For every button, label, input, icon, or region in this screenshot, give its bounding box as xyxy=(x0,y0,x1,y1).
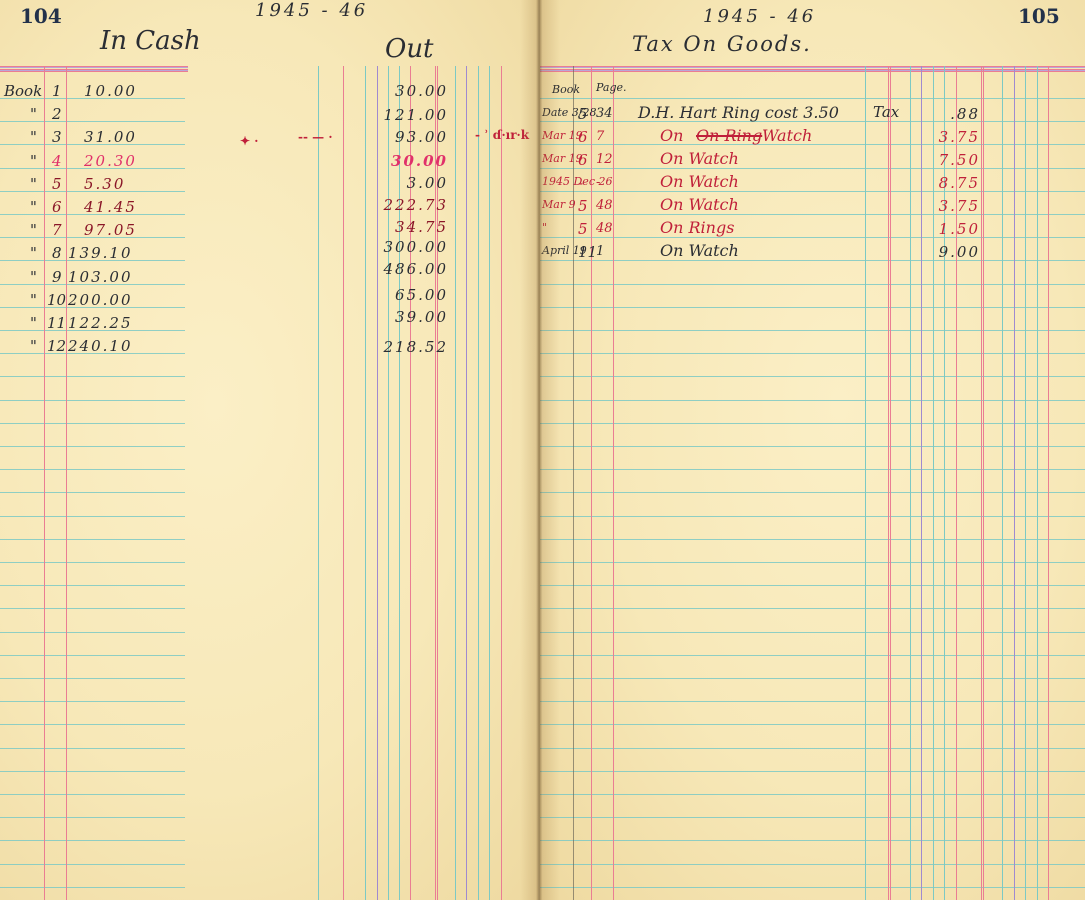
column-rule xyxy=(591,66,592,900)
book-number: 4 xyxy=(52,154,62,169)
out-amount: 93.00 xyxy=(395,130,448,145)
ruled-line xyxy=(540,585,1085,586)
column-rule xyxy=(455,66,456,900)
book-label: Book xyxy=(4,84,42,99)
book-label: " xyxy=(30,339,37,354)
entry-page: 12 xyxy=(596,153,613,166)
ruled-line xyxy=(540,260,1085,261)
ledger-page-104: 104 1945 - 46 In Cash Out Book 1 10.00 "… xyxy=(0,0,538,900)
ruled-line xyxy=(0,840,185,841)
column-rule xyxy=(1048,66,1049,900)
ruled-line xyxy=(540,887,1085,888)
ruled-line xyxy=(540,144,1085,145)
cash-amount: 20.30 xyxy=(84,154,137,169)
book-label: " xyxy=(30,154,37,169)
entry-book: - xyxy=(578,176,583,191)
column-rule xyxy=(613,66,614,900)
column-rule xyxy=(501,66,502,900)
cash-amount: 139.10 xyxy=(68,246,133,261)
ruled-line xyxy=(0,469,185,470)
book-number: 1 xyxy=(52,84,62,99)
ruled-line xyxy=(540,655,1085,656)
entry-book: 5 xyxy=(578,222,588,237)
entry-page: 48 xyxy=(596,222,613,235)
entry-description: D.H. Hart Ring cost 3.50 xyxy=(638,105,839,121)
column-rule xyxy=(466,66,467,900)
entry-description-tail: Watch xyxy=(762,128,812,144)
book-label: " xyxy=(30,177,37,192)
book-number: 6 xyxy=(52,200,62,215)
ruled-line xyxy=(0,446,185,447)
ruled-line xyxy=(540,98,1085,99)
entry-date: " xyxy=(542,222,547,233)
ruled-line xyxy=(540,400,1085,401)
book-label: " xyxy=(30,107,37,122)
entry-date: Date 3/28 xyxy=(542,107,597,118)
header-rule xyxy=(0,66,188,72)
ruled-line xyxy=(540,562,1085,563)
ruled-line xyxy=(540,748,1085,749)
column-rule xyxy=(66,66,67,900)
ruled-line xyxy=(540,701,1085,702)
book-number: 10 xyxy=(47,293,66,308)
ruled-line xyxy=(540,307,1085,308)
ruled-line xyxy=(0,585,185,586)
ruled-line xyxy=(0,423,185,424)
ruled-line xyxy=(540,864,1085,865)
book-number: 2 xyxy=(52,107,62,122)
cash-amount: 31.00 xyxy=(84,130,137,145)
ruled-line xyxy=(0,864,185,865)
column-rule xyxy=(573,66,574,900)
ruled-line xyxy=(540,284,1085,285)
column-rule xyxy=(910,66,911,900)
entry-description: On Watch xyxy=(660,243,739,259)
cash-amount: 5.30 xyxy=(84,177,125,192)
column-rule xyxy=(388,66,389,900)
entry-description: On xyxy=(660,128,683,144)
ruled-line xyxy=(0,608,185,609)
entry-date: Mar 9 xyxy=(542,199,576,210)
column-rule xyxy=(865,66,866,900)
book-number: 5 xyxy=(52,177,62,192)
tax-note: Tax xyxy=(873,105,899,120)
ruled-line xyxy=(540,516,1085,517)
out-amount: 300.00 xyxy=(384,240,449,255)
entry-page: 1 xyxy=(596,245,604,258)
book-label: " xyxy=(30,130,37,145)
ruled-line xyxy=(0,724,185,725)
tax-amount: 1.50 xyxy=(939,222,980,237)
ruled-line xyxy=(540,632,1085,633)
ruled-line xyxy=(0,678,185,679)
ruled-line xyxy=(0,817,185,818)
ruled-line xyxy=(0,516,185,517)
book-label: " xyxy=(30,293,37,308)
ruled-line xyxy=(0,794,185,795)
ledger-page-105: 105 1945 - 46 Tax On Goods. Book Page. D… xyxy=(540,0,1085,900)
ruled-line xyxy=(540,492,1085,493)
ruled-line xyxy=(0,655,185,656)
ruled-line xyxy=(0,539,185,540)
out-amount: 30.00 xyxy=(395,84,448,99)
column-rule xyxy=(1014,66,1015,900)
book-number: 12 xyxy=(47,339,66,354)
struck-text: On Ring xyxy=(696,128,762,144)
entry-page: 48 xyxy=(596,199,613,212)
tax-amount: 8.75 xyxy=(939,176,980,191)
ruled-line xyxy=(0,632,185,633)
cash-amount: 240.10 xyxy=(68,339,133,354)
book-number: 7 xyxy=(52,223,62,238)
column-rule xyxy=(377,66,378,900)
header-rule xyxy=(540,66,1085,72)
out-amount: 65.00 xyxy=(395,288,448,303)
ruled-line xyxy=(540,678,1085,679)
column-rule xyxy=(1025,66,1026,900)
entry-page: 7 xyxy=(596,130,604,143)
cash-amount: 200.00 xyxy=(68,293,133,308)
ruled-line xyxy=(540,608,1085,609)
tax-amount: 9.00 xyxy=(939,245,980,260)
tax-amount: 3.75 xyxy=(939,199,980,214)
book-label: " xyxy=(30,200,37,215)
out-amount: 218.52 xyxy=(384,340,449,355)
ruled-line xyxy=(540,794,1085,795)
column-rule xyxy=(365,66,366,900)
ruled-line xyxy=(540,446,1085,447)
in-cash-heading: In Cash xyxy=(100,28,201,54)
ruled-line xyxy=(0,121,185,122)
cash-amount: 41.45 xyxy=(84,200,137,215)
ruled-line xyxy=(540,237,1085,238)
tax-amount: 3.75 xyxy=(939,130,980,145)
ruled-line xyxy=(540,330,1085,331)
book-label: " xyxy=(30,316,37,331)
ruled-line xyxy=(0,771,185,772)
column-rule xyxy=(489,66,490,900)
column-rule xyxy=(44,66,45,900)
ruled-line xyxy=(540,376,1085,377)
entry-description: On Watch xyxy=(660,197,739,213)
column-rule xyxy=(1002,66,1003,900)
ruled-line xyxy=(0,701,185,702)
entry-date: Mar 19 xyxy=(542,130,583,141)
column-rule xyxy=(933,66,934,900)
out-amount: 39.00 xyxy=(395,310,448,325)
book-number: 3 xyxy=(52,130,62,145)
ruled-line xyxy=(540,771,1085,772)
book-number: 9 xyxy=(52,270,62,285)
out-amount: 34.75 xyxy=(395,220,448,235)
column-rule xyxy=(478,66,479,900)
cash-amount: 97.05 xyxy=(84,223,137,238)
entry-page: 34 xyxy=(596,107,613,120)
ruled-line xyxy=(0,562,185,563)
page-number: 105 xyxy=(1018,4,1060,28)
column-rule xyxy=(343,66,344,900)
book-number: 11 xyxy=(47,316,66,331)
ruled-line xyxy=(540,423,1085,424)
book-label: " xyxy=(30,246,37,261)
year-heading: 1945 - 46 xyxy=(255,2,368,20)
ink-smudge: - ʾ ɗ·ır·k xyxy=(475,128,529,142)
ruled-line xyxy=(0,748,185,749)
column-rule xyxy=(1037,66,1038,900)
column-rule xyxy=(981,66,984,900)
out-heading: Out xyxy=(385,36,434,62)
out-amount: 3.00 xyxy=(407,176,448,191)
entry-book: 5 xyxy=(578,199,588,214)
ruled-line xyxy=(540,168,1085,169)
year-heading: 1945 - 46 xyxy=(703,8,816,26)
entry-description: On Watch xyxy=(660,174,739,190)
cash-amount: 10.00 xyxy=(84,84,137,99)
entry-description: On Rings xyxy=(660,220,734,236)
ruled-line xyxy=(540,724,1085,725)
ruled-line xyxy=(0,492,185,493)
out-amount: 486.00 xyxy=(384,262,449,277)
out-amount: 121.00 xyxy=(384,108,449,123)
entry-page: - xyxy=(596,176,600,189)
column-rule xyxy=(888,66,891,900)
tax-amount: .88 xyxy=(950,107,980,122)
column-rule xyxy=(921,66,922,900)
ruled-line xyxy=(0,376,185,377)
ruled-line xyxy=(540,469,1085,470)
ruled-line xyxy=(0,400,185,401)
ruled-line xyxy=(0,887,185,888)
column-rule xyxy=(318,66,319,900)
col-header-page: Page. xyxy=(596,82,627,93)
book-label: " xyxy=(30,270,37,285)
col-header-book: Book xyxy=(552,84,580,95)
entry-book: 6 xyxy=(578,153,588,168)
page-number: 104 xyxy=(20,4,62,28)
tax-amount: 7.50 xyxy=(939,153,980,168)
ruled-line xyxy=(540,214,1085,215)
tax-on-goods-heading: Tax On Goods. xyxy=(632,34,812,55)
cash-amount: 122.25 xyxy=(68,316,133,331)
entry-book: 5 xyxy=(578,107,588,122)
entry-book: 6 xyxy=(578,130,588,145)
ruled-line xyxy=(540,817,1085,818)
book-number: 8 xyxy=(52,246,62,261)
column-rule xyxy=(399,66,400,900)
entry-date: Mar 19 xyxy=(542,153,583,164)
ink-smudge: -- — · xyxy=(298,130,333,144)
entry-book: 11 xyxy=(578,245,597,260)
book-label: " xyxy=(30,223,37,238)
entry-description: On Watch xyxy=(660,151,739,167)
out-amount: 30.00 xyxy=(391,154,448,169)
out-amount: 222.73 xyxy=(384,198,449,213)
ruled-line xyxy=(540,840,1085,841)
ruled-line xyxy=(540,191,1085,192)
ink-smudge: ✦ · xyxy=(240,134,258,148)
ruled-line xyxy=(540,539,1085,540)
cash-amount: 103.00 xyxy=(68,270,133,285)
ruled-line xyxy=(540,353,1085,354)
